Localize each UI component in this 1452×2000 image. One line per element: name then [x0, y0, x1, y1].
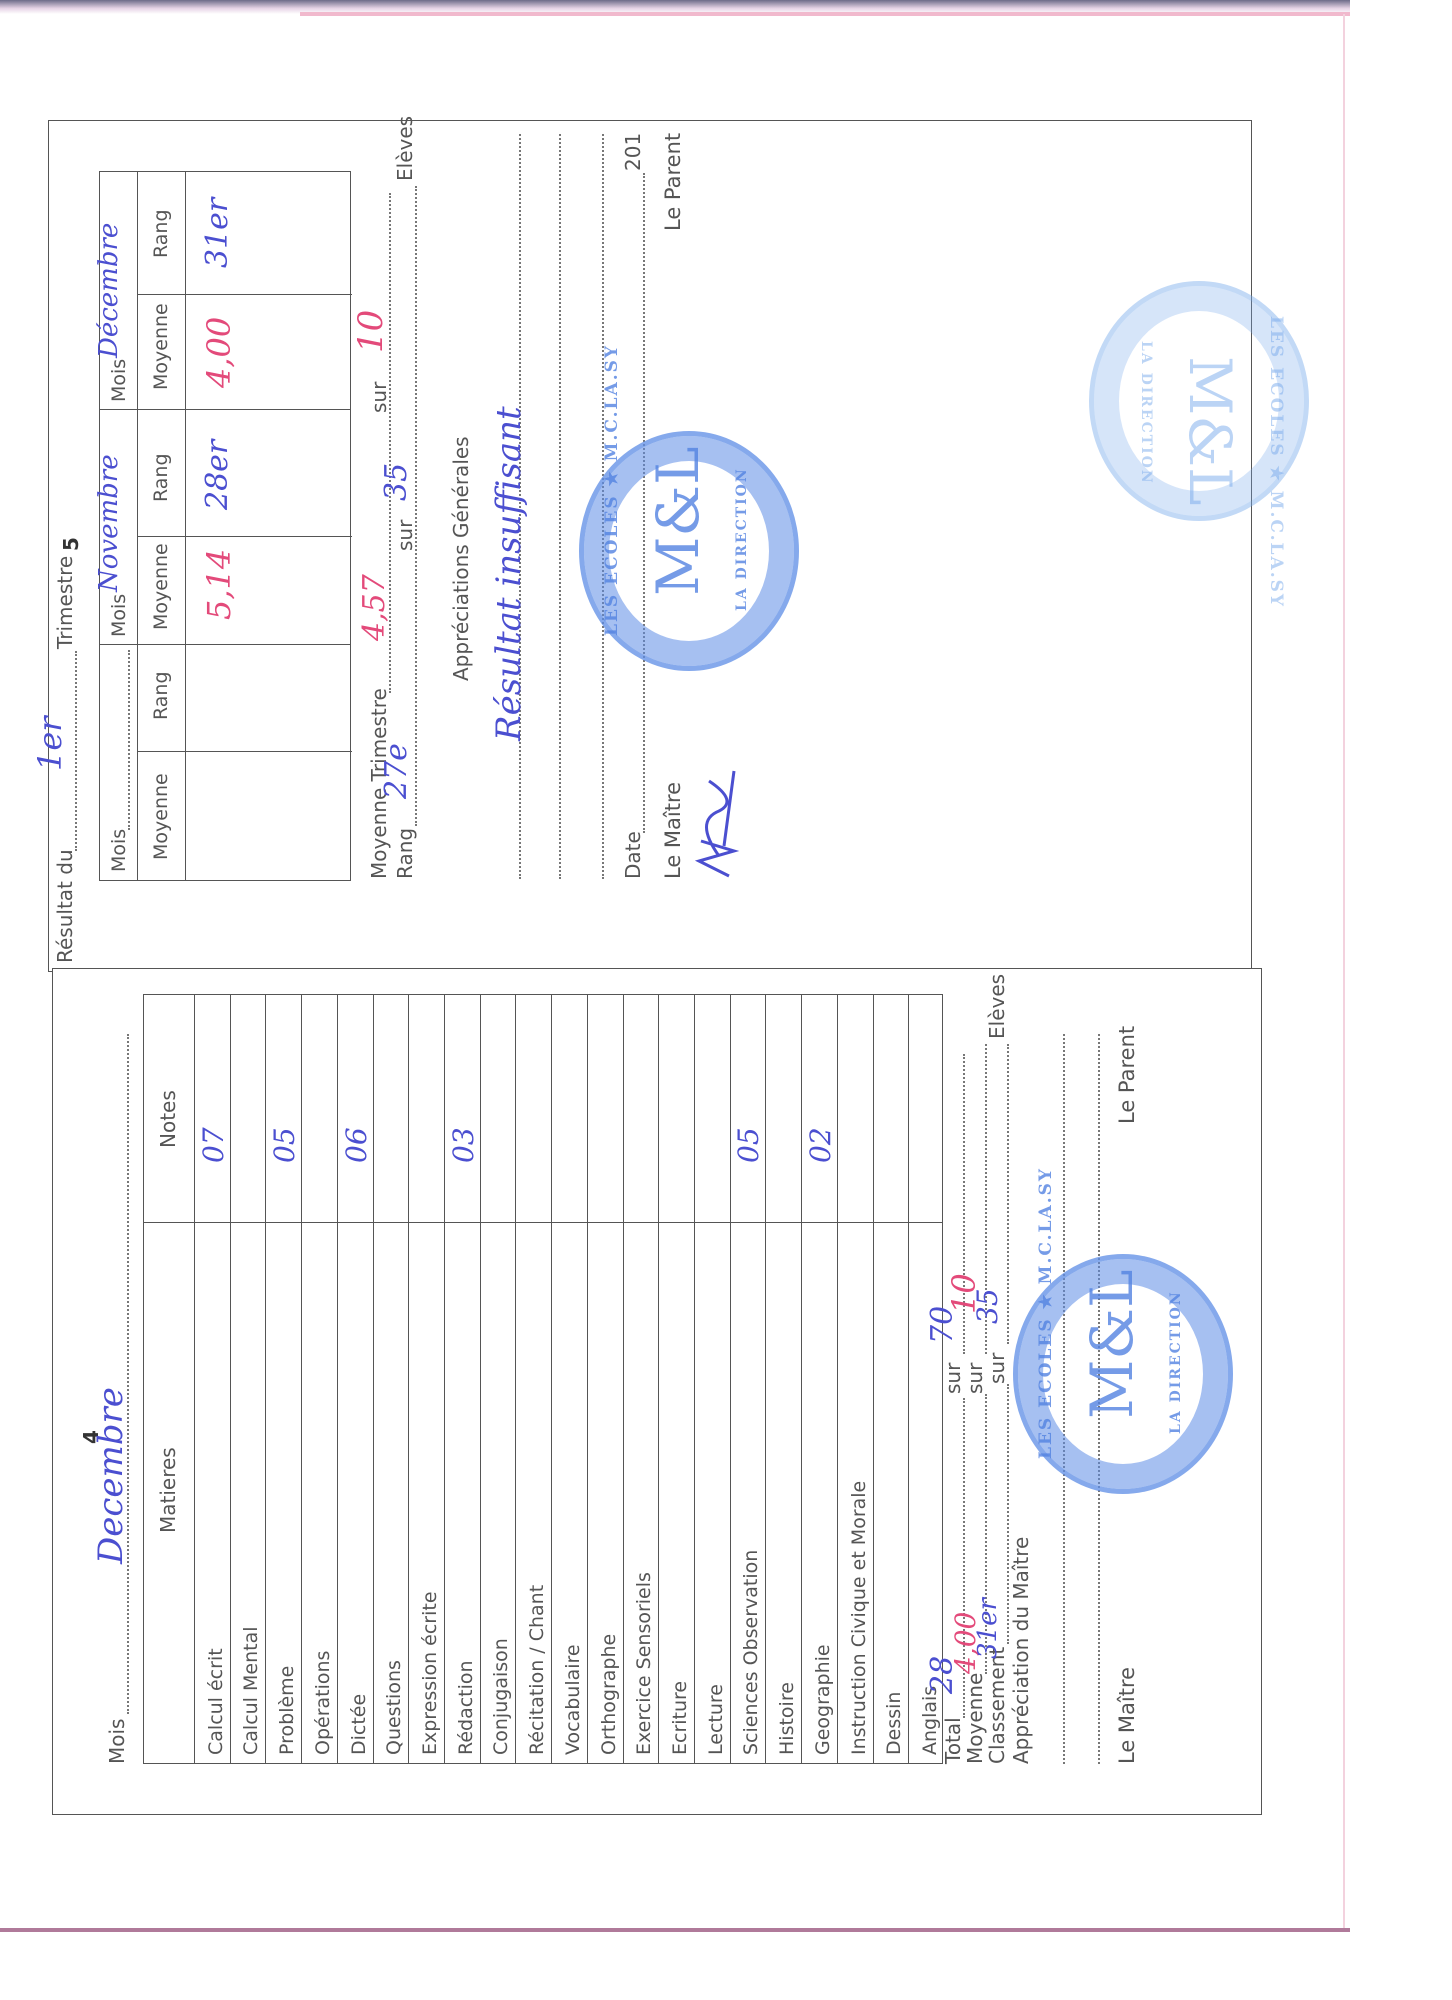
subject-name: Sciences Observation	[740, 1550, 762, 1755]
school-stamp-faded: LES ECOLES ★ M.C.LA.SY M&L LA DIRECTION	[1089, 281, 1309, 521]
notes-column-divider	[144, 1222, 942, 1223]
table-row: Exercice Sensoriels	[623, 995, 659, 1763]
subject-name: Problème	[276, 1666, 298, 1755]
table-row: Problème05	[265, 995, 301, 1763]
subject-name: Geographie	[812, 1644, 834, 1755]
eleves-label: Elèves	[393, 116, 417, 181]
appreciations-label: Appréciations Générales	[449, 436, 473, 681]
page-number: 5	[59, 537, 83, 551]
school-stamp: LES ECOLES ★ M.C.LA.SY M&L LA DIRECTION	[1013, 1254, 1233, 1494]
maitre-label: Le Maître	[1115, 1667, 1139, 1764]
school-stamp: LES ECOLES ★ M.C.LA.SY M&L LA DIRECTION	[579, 431, 799, 671]
table-row: Calcul écrit07	[194, 995, 230, 1763]
subject-name: Vocabulaire	[562, 1644, 584, 1755]
subject-name: Questions	[383, 1660, 405, 1755]
resultat-dotted-line	[75, 651, 77, 851]
subject-name: Dictée	[348, 1694, 370, 1755]
table-row: Conjugaison	[480, 995, 516, 1763]
date-label: Date	[621, 831, 645, 879]
table-row: Histoire	[765, 995, 801, 1763]
month1-rang-header: Rang	[150, 671, 172, 720]
monthly-results-table: Mois Moyenne Rang Mois Novembre Moyenne …	[99, 171, 351, 881]
page-5: 5 Résultat du 1er Trimestre Mois Moyenne…	[48, 120, 1252, 972]
subject-note: 07	[197, 1127, 230, 1163]
moyenne-trimestre-sur-label: sur	[367, 382, 391, 413]
resultat-label: Résultat du	[53, 849, 77, 963]
month1-moyenne-header: Moyenne	[150, 773, 172, 860]
subject-name: Lecture	[705, 1684, 727, 1755]
month3-moyenne-value: 4,00	[200, 317, 238, 388]
table-row: Ecriture	[658, 995, 694, 1763]
rang-sur-value: 35	[379, 463, 414, 501]
subject-name: Opérations	[312, 1651, 334, 1755]
moyenne-trimestre-value: 4,57	[357, 574, 392, 641]
classement-sur-label: sur	[985, 1353, 1009, 1384]
subject-note: 05	[732, 1127, 765, 1163]
subject-name: Calcul Mental	[240, 1627, 262, 1756]
month3-rang-header: Rang	[150, 209, 172, 258]
mois-value: Decembre	[91, 1387, 131, 1564]
table-row: Expression écrite	[408, 995, 444, 1763]
subject-name: Anglais	[919, 1686, 941, 1755]
month2-rang-value: 28er	[200, 440, 235, 510]
moyenne-label: Moyenne	[963, 1673, 987, 1764]
rang-sur-label: sur	[393, 520, 417, 551]
subject-name: Calcul écrit	[205, 1648, 227, 1755]
cover-pink-edge	[300, 12, 1350, 16]
cover-right-edge	[1343, 14, 1345, 1930]
table-row: Anglais	[908, 995, 944, 1763]
subject-note: 02	[804, 1127, 837, 1163]
scan-bottom-edge	[0, 1928, 1350, 1932]
moyenne-sur-label: sur	[963, 1363, 987, 1394]
table-row: Orthographe	[587, 995, 623, 1763]
classement-sur-value: 35	[971, 1288, 1004, 1324]
parent-label: Le Parent	[661, 133, 685, 231]
month2-moyenne-header: Moyenne	[150, 543, 172, 630]
appreciation-value: Résultat insuffisant	[489, 406, 529, 741]
subject-name: Ecriture	[669, 1681, 691, 1755]
subjects-table: Matieres Notes Calcul écrit07Calcul Ment…	[143, 994, 943, 1764]
month1-dotted-line	[128, 650, 130, 830]
table-row: Vocabulaire	[551, 995, 587, 1763]
total-sur-label: sur	[941, 1363, 965, 1394]
subject-name: Récitation / Chant	[526, 1585, 548, 1755]
total-label: Total	[941, 1717, 965, 1764]
trimestre-label: Trimestre	[53, 556, 77, 649]
parent-label: Le Parent	[1115, 1026, 1139, 1124]
rang-label: Rang	[393, 828, 417, 879]
table-row: Calcul Mental	[230, 995, 266, 1763]
table-row: Instruction Civique et Morale	[837, 995, 873, 1763]
eleves-label: Elèves	[985, 974, 1009, 1039]
subject-name: Histoire	[776, 1682, 798, 1755]
moyenne-trimestre-sur-value: 10	[351, 310, 391, 353]
month2-label: Mois	[108, 594, 130, 637]
month2-moyenne-value: 5,14	[200, 549, 238, 620]
notes-header: Notes	[156, 1090, 180, 1148]
month3-rang-value: 31er	[200, 198, 235, 268]
table-row: Rédaction03	[444, 995, 480, 1763]
resultat-value: 1er	[31, 716, 69, 771]
month3-name: Décembre	[94, 223, 124, 358]
maitre-label: Le Maître	[661, 782, 685, 879]
subject-note: 05	[268, 1127, 301, 1163]
rang-dotted-line	[415, 186, 417, 826]
subject-name: Dessin	[883, 1692, 905, 1755]
subject-name: Instruction Civique et Morale	[848, 1481, 870, 1755]
table-row: Sciences Observation05	[730, 995, 766, 1763]
maitre-signature	[689, 751, 749, 881]
subject-note: 03	[447, 1127, 480, 1163]
month3-moyenne-header: Moyenne	[150, 303, 172, 390]
subject-name: Rédaction	[455, 1660, 477, 1755]
month1-label: Mois	[108, 829, 130, 872]
subject-note: 06	[340, 1127, 373, 1163]
subject-name: Conjugaison	[490, 1638, 512, 1755]
month2-name: Novembre	[94, 454, 124, 592]
subject-name: Expression écrite	[419, 1591, 441, 1755]
subject-name: Exercice Sensoriels	[633, 1572, 655, 1755]
mois-dotted-line	[127, 1034, 129, 1714]
table-row: Dessin	[873, 995, 909, 1763]
appreciation-line-2	[559, 134, 561, 879]
matieres-header: Matieres	[156, 1447, 180, 1533]
mois-label: Mois	[105, 1719, 129, 1764]
classement-label: Classement	[985, 1647, 1009, 1764]
table-row: Lecture	[694, 995, 730, 1763]
table-row: Geographie02	[801, 995, 837, 1763]
subject-name: Orthographe	[598, 1634, 620, 1755]
classement-value: 31er	[973, 1598, 1003, 1659]
month3-label: Mois	[108, 359, 130, 402]
date-year: 201	[621, 133, 645, 171]
appreciation-maitre-label: Appréciation du Maître	[1009, 1537, 1033, 1764]
table-row: Opérations	[301, 995, 337, 1763]
page-4: 4 Mois Decembre Matieres Notes Calcul éc…	[52, 968, 1262, 1815]
table-row: Récitation / Chant	[515, 995, 551, 1763]
month2-rang-header: Rang	[150, 453, 172, 502]
table-row: Dictée06	[337, 995, 373, 1763]
rang-value: 27e	[379, 743, 414, 799]
table-row: Questions	[373, 995, 409, 1763]
